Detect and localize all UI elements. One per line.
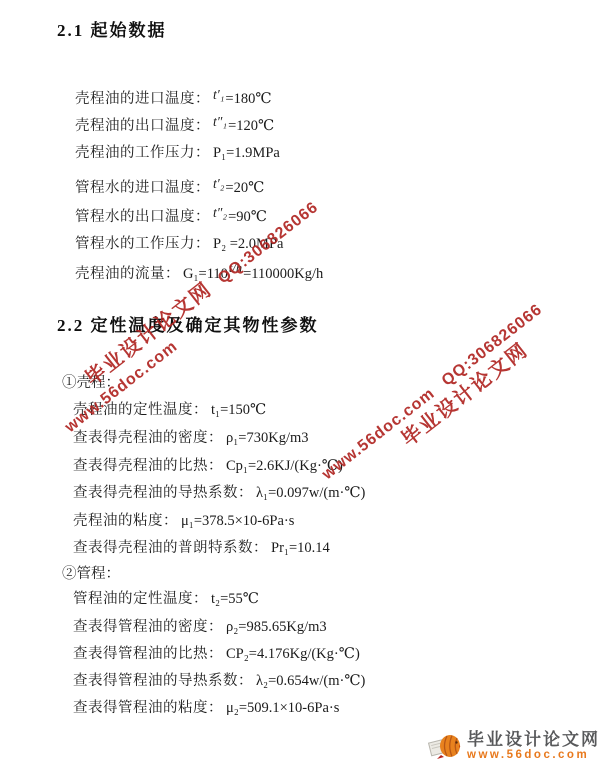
- param-line: 查表得壳程油的比热：Cp₁=2.6KJ/(Kg·℃): [62, 453, 562, 480]
- param-line: 壳程油的进口温度：t′₁=180℃: [75, 85, 555, 112]
- param-value: t′₂=20℃: [213, 180, 264, 196]
- section-2-1-heading: 2.1 起始数据: [57, 16, 167, 41]
- param-label: 管程水的进口温度：: [75, 180, 210, 196]
- param-value: μ₁=378.5×10-6Pa·s: [181, 513, 294, 529]
- param-line: 管程水的进口温度：t′₂=20℃: [75, 174, 555, 201]
- param-value: ρ₂=985.65Kg/m3: [226, 619, 327, 635]
- param-value: P₁=1.9MPa: [213, 145, 280, 161]
- logo-site-url: www.56doc.com: [467, 749, 600, 761]
- param-label: 管程水的出口温度：: [75, 209, 210, 225]
- param-line: 查表得管程油的导热系数：λ₂=0.654w/(m·℃): [62, 668, 562, 695]
- param-value: CP₂=4.176Kg/(Kg·℃): [226, 646, 360, 662]
- param-value: λ₂=0.654w/(m·℃): [256, 673, 365, 689]
- param-label: 查表得管程油的导热系数：: [73, 673, 253, 689]
- fish-book-icon: [428, 731, 464, 761]
- logo-text: 毕业设计论文网 www.56doc.com: [467, 731, 600, 761]
- param-line: 查表得壳程油的导热系数：λ₁=0.097w/(m·℃): [62, 480, 562, 507]
- param-line: 壳程油的流量：G₁=110t/h=110000Kg/h: [75, 261, 555, 288]
- param-line: 管程油的定性温度：t₂=55℃: [62, 586, 562, 613]
- param-line: 壳程油的工作压力：P₁=1.9MPa: [75, 140, 555, 167]
- param-label: 壳程油的流量：: [75, 266, 180, 282]
- param-label: 管程水的工作压力：: [75, 236, 210, 252]
- param-line: 查表得壳程油的普朗特系数：Pr₁=10.14: [62, 535, 562, 562]
- param-line: 查表得壳程油的密度：ρ₁=730Kg/m3: [62, 425, 562, 452]
- param-line: 查表得管程油的比热：CP₂=4.176Kg/(Kg·℃): [62, 641, 562, 668]
- group-label: ②管程：: [62, 561, 562, 588]
- param-line: 查表得管程油的粘度：μ₂=509.1×10-6Pa·s: [62, 695, 562, 722]
- section-2-1-items: 壳程油的进口温度：t′₁=180℃壳程油的出口温度：t″₁=120℃壳程油的工作…: [75, 78, 555, 288]
- param-value: μ₂=509.1×10-6Pa·s: [226, 700, 339, 716]
- param-value: ρ₁=730Kg/m3: [226, 430, 309, 446]
- param-line: 管程水的工作压力：P₂ =2.0MPa: [75, 231, 555, 258]
- param-label: 壳程油的工作压力：: [75, 145, 210, 161]
- param-label: 管程油的定性温度：: [73, 591, 208, 607]
- param-label: 查表得管程油的粘度：: [73, 700, 223, 716]
- param-label: 壳程油的粘度：: [73, 513, 178, 529]
- logo-site-name: 毕业设计论文网: [467, 731, 600, 748]
- param-value: t″₂=90℃: [213, 209, 267, 225]
- param-label: 查表得管程油的密度：: [73, 619, 223, 635]
- param-label: 壳程油的进口温度：: [75, 91, 210, 107]
- param-value: t′₁=180℃: [213, 91, 272, 107]
- param-value: Pr₁=10.14: [271, 540, 330, 556]
- param-line: 查表得管程油的密度：ρ₂=985.65Kg/m3: [62, 614, 562, 641]
- param-value: t₂=55℃: [211, 591, 259, 607]
- param-label: 查表得壳程油的密度：: [73, 430, 223, 446]
- param-line: 壳程油的粘度：μ₁=378.5×10-6Pa·s: [62, 508, 562, 535]
- param-value: t₁=150℃: [211, 402, 266, 418]
- param-line: 壳程油的定性温度：t₁=150℃: [62, 397, 562, 424]
- param-label: 查表得壳程油的普朗特系数：: [73, 540, 268, 556]
- param-label: 查表得壳程油的比热：: [73, 458, 223, 474]
- param-value: t″₁=120℃: [213, 118, 274, 134]
- param-label: 壳程油的出口温度：: [75, 118, 210, 134]
- document-page: { "page": {"width": 604, "height": 763, …: [0, 0, 604, 763]
- site-logo: 毕业设计论文网 www.56doc.com: [428, 731, 600, 761]
- param-label: 查表得壳程油的导热系数：: [73, 485, 253, 501]
- param-label: 查表得管程油的比热：: [73, 646, 223, 662]
- section-2-2-items: ①壳程：壳程油的定性温度：t₁=150℃查表得壳程油的密度：ρ₁=730Kg/m…: [62, 364, 562, 722]
- param-line: 壳程油的出口温度：t″₁=120℃: [75, 112, 555, 139]
